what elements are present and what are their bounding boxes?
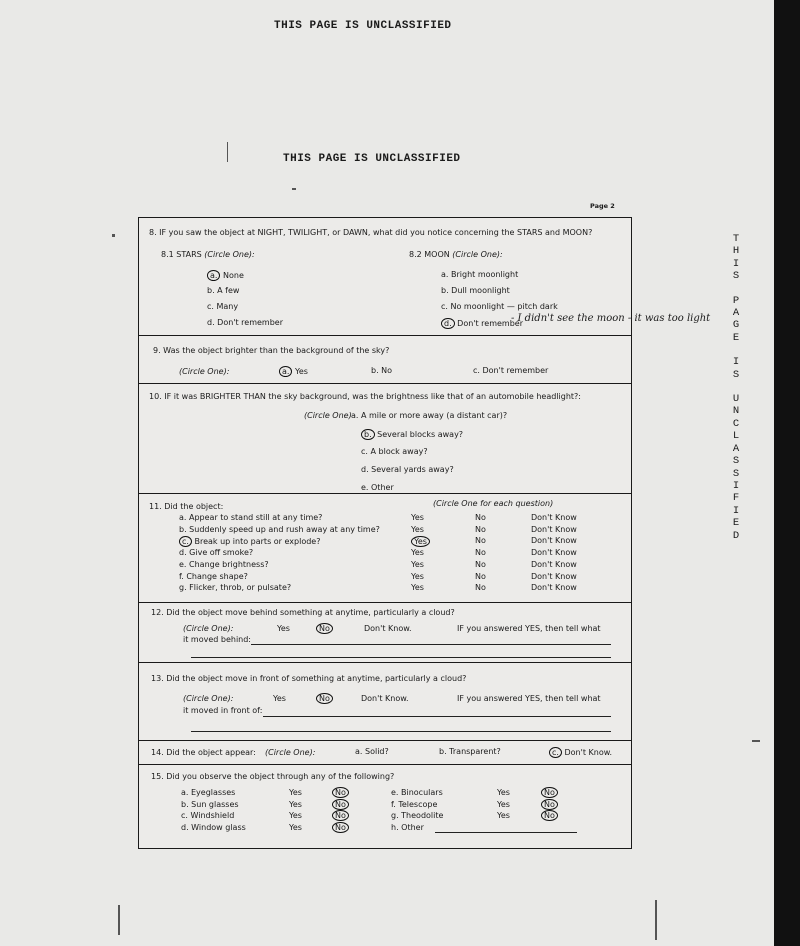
- page-number: Page 2: [590, 202, 615, 210]
- q10-instruction: (Circle One): [304, 411, 352, 420]
- q15-yes[interactable]: Yes: [289, 788, 302, 797]
- q15-yes[interactable]: Yes: [289, 800, 302, 809]
- q13-answer-line-1[interactable]: [263, 716, 611, 717]
- q8-handwritten-note: - I didn't see the moon - it was too lig…: [511, 313, 710, 324]
- q10-option[interactable]: c. A block away?: [361, 447, 428, 456]
- question-14: 14. Did the object appear: (Circle One):…: [139, 740, 631, 765]
- q12-option-no[interactable]: No: [316, 623, 333, 634]
- q8-moon-header: 8.2 MOON (Circle One):: [409, 250, 503, 259]
- q14-instruction: (Circle One):: [265, 748, 315, 757]
- q11-answer-no[interactable]: No: [475, 536, 486, 545]
- q15-yes[interactable]: Yes: [289, 823, 302, 832]
- q15-item-label: d. Window glass: [181, 823, 246, 832]
- q15-yes[interactable]: Yes: [497, 811, 510, 820]
- q11-row-question: a. Appear to stand still at any time?: [179, 513, 322, 522]
- q9-instruction: (Circle One):: [179, 367, 229, 376]
- q8-text: 8. IF you saw the object at NIGHT, TWILI…: [149, 228, 592, 237]
- q13-followup: IF you answered YES, then tell what: [457, 694, 601, 703]
- q13-option-no[interactable]: No: [316, 693, 333, 704]
- question-10: 10. IF it was BRIGHTER THAN the sky back…: [139, 383, 631, 494]
- questionnaire-form: 8. IF you saw the object at NIGHT, TWILI…: [138, 217, 632, 849]
- question-15: 15. Did you observe the object through a…: [139, 764, 631, 848]
- scan-speck: [655, 900, 657, 940]
- q11-answer-yes[interactable]: Yes: [411, 548, 424, 557]
- q15-no[interactable]: No: [332, 799, 349, 810]
- q11-answer-yes[interactable]: Yes: [411, 525, 424, 534]
- q11-answer-no[interactable]: No: [475, 513, 486, 522]
- q10-option[interactable]: d. Several yards away?: [361, 465, 454, 474]
- q8-stars-header: 8.1 STARS (Circle One):: [161, 250, 255, 259]
- q14-option[interactable]: b. Transparent?: [439, 747, 501, 756]
- q15-no[interactable]: No: [541, 787, 558, 798]
- q15-text: 15. Did you observe the object through a…: [151, 772, 394, 781]
- q9-text: 9. Was the object brighter than the back…: [153, 346, 389, 355]
- q11-answer-yes[interactable]: Yes: [411, 513, 424, 522]
- q11-answer-don-t-know[interactable]: Don't Know: [531, 525, 577, 534]
- question-12: 12. Did the object move behind something…: [139, 602, 631, 663]
- q11-answer-don-t-know[interactable]: Don't Know: [531, 572, 577, 581]
- q15-other-field[interactable]: [435, 832, 577, 833]
- q10-option[interactable]: a. A mile or more away (a distant car)?: [351, 411, 507, 420]
- q12-option-dont-know[interactable]: Don't Know.: [364, 624, 412, 633]
- q15-item-label: f. Telescope: [391, 800, 437, 809]
- q10-option[interactable]: e. Other: [361, 483, 394, 492]
- scan-speck: [752, 740, 760, 742]
- q15-item-label: e. Binoculars: [391, 788, 443, 797]
- question-13: 13. Did the object move in front of some…: [139, 662, 631, 741]
- q12-answer-line-1[interactable]: [251, 644, 611, 645]
- question-11: 11. Did the object: (Circle One for each…: [139, 493, 631, 603]
- q11-answer-don-t-know[interactable]: Don't Know: [531, 536, 577, 545]
- q13-text: 13. Did the object move in front of some…: [151, 674, 466, 683]
- scan-speck: [112, 234, 115, 237]
- q11-answer-no[interactable]: No: [475, 548, 486, 557]
- scan-speck: [227, 142, 228, 162]
- q8-stars-option[interactable]: b. A few: [207, 286, 239, 295]
- q13-option-dont-know[interactable]: Don't Know.: [361, 694, 409, 703]
- q8-stars-option[interactable]: c. Many: [207, 302, 238, 311]
- scan-speck: [118, 905, 120, 935]
- q12-text: 12. Did the object move behind something…: [151, 608, 455, 617]
- q15-no[interactable]: No: [541, 799, 558, 810]
- q12-followup-label: it moved behind:: [183, 635, 251, 644]
- q15-item-label: c. Windshield: [181, 811, 234, 820]
- q15-yes[interactable]: Yes: [497, 800, 510, 809]
- q14-option[interactable]: a. Solid?: [355, 747, 389, 756]
- q11-row-question: f. Change shape?: [179, 572, 248, 581]
- q8-moon-option[interactable]: c. No moonlight — pitch dark: [441, 302, 558, 311]
- q14-text: 14. Did the object appear:: [151, 748, 256, 757]
- q8-stars-option[interactable]: a. None: [207, 270, 244, 281]
- q13-answer-line-2[interactable]: [191, 731, 611, 732]
- q8-moon-option[interactable]: b. Dull moonlight: [441, 286, 510, 295]
- q10-option[interactable]: b. Several blocks away?: [361, 429, 463, 440]
- q13-option-yes[interactable]: Yes: [273, 694, 286, 703]
- classification-stamp-vertical: THISPAGEISUNCLASSIFIED: [730, 233, 742, 542]
- q15-item-label: a. Eyeglasses: [181, 788, 235, 797]
- q8-moon-option[interactable]: a. Bright moonlight: [441, 270, 518, 279]
- q8-stars-option[interactable]: d. Don't remember: [207, 318, 283, 327]
- q11-answer-yes[interactable]: Yes: [411, 560, 424, 569]
- q15-no[interactable]: No: [332, 787, 349, 798]
- q11-answer-no[interactable]: No: [475, 583, 486, 592]
- q15-item-label: b. Sun glasses: [181, 800, 239, 809]
- q15-item-label: h. Other: [391, 823, 424, 832]
- q11-row-question: d. Give off smoke?: [179, 548, 253, 557]
- q9-option[interactable]: b. No: [371, 366, 392, 375]
- q15-no[interactable]: No: [332, 810, 349, 821]
- classification-stamp-second: THIS PAGE IS UNCLASSIFIED: [283, 153, 461, 165]
- q15-yes[interactable]: Yes: [289, 811, 302, 820]
- q12-option-yes[interactable]: Yes: [277, 624, 290, 633]
- question-9: 9. Was the object brighter than the back…: [139, 335, 631, 384]
- q12-followup: IF you answered YES, then tell what: [457, 624, 601, 633]
- q11-answer-don-t-know[interactable]: Don't Know: [531, 513, 577, 522]
- q11-answer-no[interactable]: No: [475, 572, 486, 581]
- q11-answer-don-t-know[interactable]: Don't Know: [531, 583, 577, 592]
- q15-no[interactable]: No: [541, 810, 558, 821]
- q15-item-label: g. Theodolite: [391, 811, 443, 820]
- classification-stamp-top: THIS PAGE IS UNCLASSIFIED: [274, 20, 452, 32]
- q11-answer-yes[interactable]: Yes: [411, 536, 430, 547]
- scan-speck: [292, 188, 296, 190]
- q11-row-question: b. Suddenly speed up and rush away at an…: [179, 525, 380, 534]
- q13-instruction: (Circle One):: [183, 694, 233, 703]
- question-8: 8. IF you saw the object at NIGHT, TWILI…: [139, 218, 631, 336]
- q11-row-question: c. Break up into parts or explode?: [179, 536, 320, 547]
- q10-text: 10. IF it was BRIGHTER THAN the sky back…: [149, 392, 581, 401]
- q13-followup-label: it moved in front of:: [183, 706, 262, 715]
- q12-answer-line-2[interactable]: [191, 657, 611, 658]
- q11-answer-don-t-know[interactable]: Don't Know: [531, 548, 577, 557]
- q11-text: 11. Did the object:: [149, 502, 223, 511]
- q11-instruction: (Circle One for each question): [433, 499, 553, 508]
- q11-answer-yes[interactable]: Yes: [411, 583, 424, 592]
- q15-no[interactable]: No: [332, 822, 349, 833]
- q11-answer-no[interactable]: No: [475, 560, 486, 569]
- q12-instruction: (Circle One):: [183, 624, 233, 633]
- q11-row-question: g. Flicker, throb, or pulsate?: [179, 583, 291, 592]
- q11-row-question: e. Change brightness?: [179, 560, 269, 569]
- q11-answer-no[interactable]: No: [475, 525, 486, 534]
- q9-option[interactable]: c. Don't remember: [473, 366, 548, 375]
- scan-edge: [774, 0, 800, 946]
- q9-option[interactable]: a. Yes: [279, 366, 308, 377]
- q15-yes[interactable]: Yes: [497, 788, 510, 797]
- q11-answer-don-t-know[interactable]: Don't Know: [531, 560, 577, 569]
- q14-option[interactable]: c. Don't Know.: [549, 747, 612, 758]
- q11-answer-yes[interactable]: Yes: [411, 572, 424, 581]
